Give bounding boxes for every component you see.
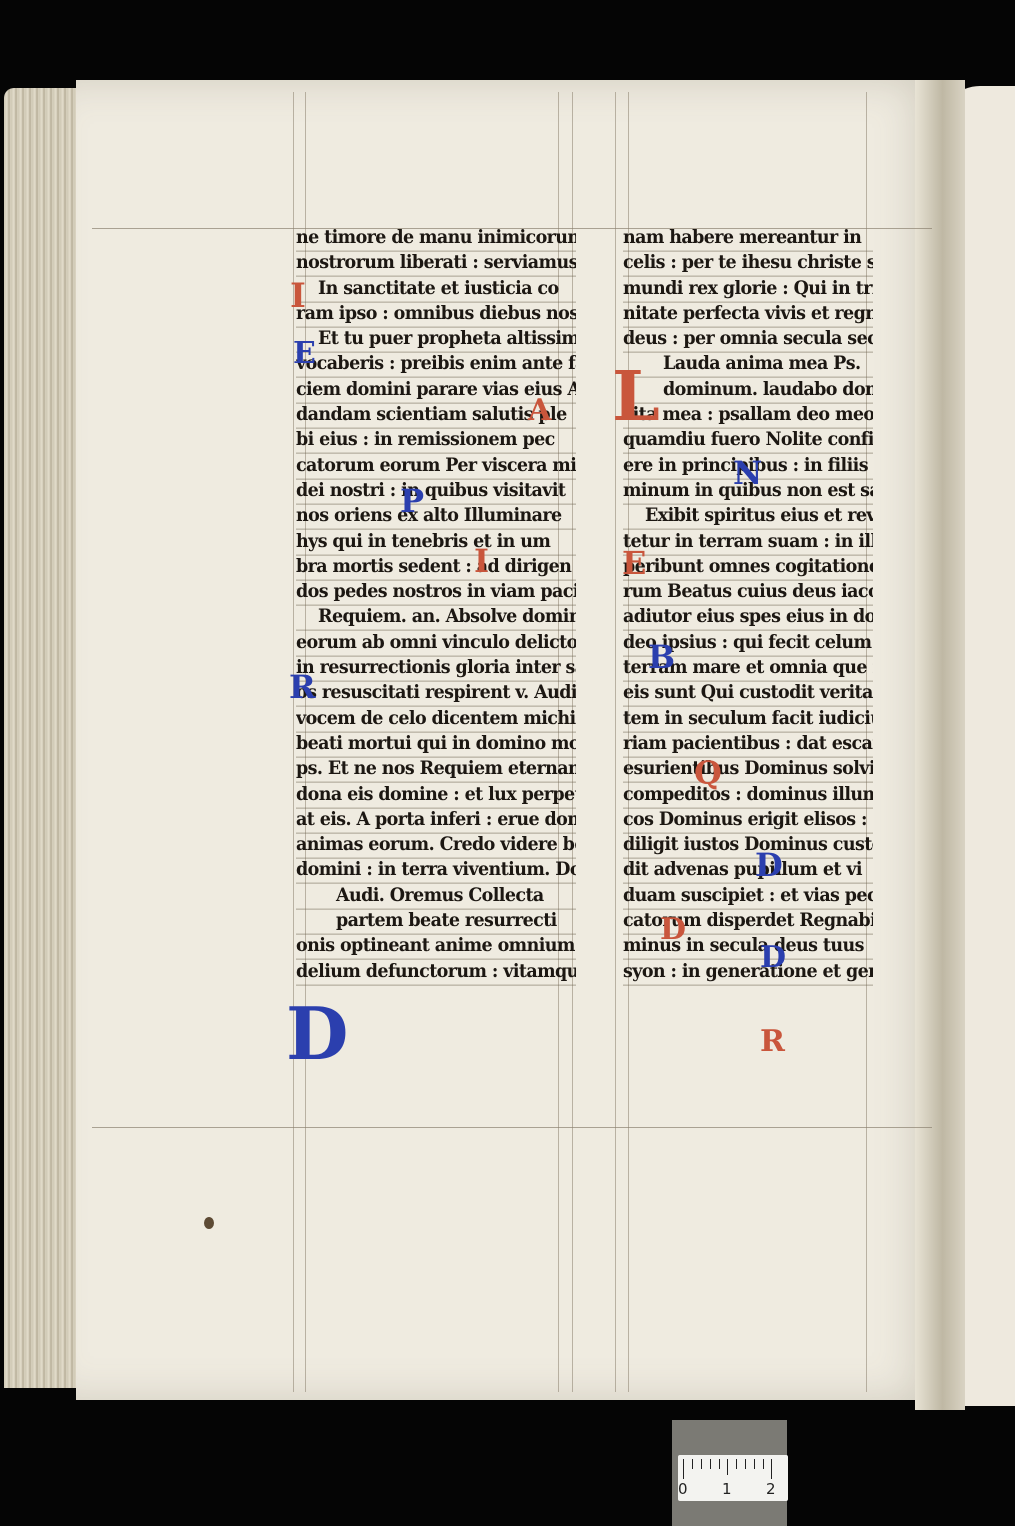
text-line: nam habere mereantur in xyxy=(623,225,873,252)
text-line: Et tu puer propheta altissimi xyxy=(296,327,576,354)
text-line: deus : per omnia secula seculorum. Amen. xyxy=(623,327,873,354)
text-line: vocaberis : preibis enim ante fa xyxy=(296,352,576,379)
tick xyxy=(745,1459,746,1469)
text-line: quamdiu fuero Nolite confid xyxy=(623,428,873,455)
text-line: dei nostri : in quibus visitavit xyxy=(296,478,576,505)
scale-label-1: 1 xyxy=(722,1480,732,1498)
scale-label-0: 0 xyxy=(678,1480,688,1498)
initial-I-red: I xyxy=(290,276,306,316)
initial-D-blue: D xyxy=(755,846,783,884)
tick xyxy=(692,1459,693,1469)
text-line: duam suscipiet : et vias pec xyxy=(623,883,873,910)
page-stack-edge xyxy=(4,88,78,1388)
text-line: Exibit spiritus eius et rever xyxy=(623,504,873,531)
text-line: riam pacientibus : dat escam xyxy=(623,731,873,758)
text-line: esurientibus Dominus solvit xyxy=(623,757,873,784)
text-line: dos pedes nostros in viam pacis xyxy=(296,580,576,607)
initial-E-blue: E xyxy=(293,336,316,371)
ruling-bottom xyxy=(92,1127,932,1128)
text-line: nostrorum liberati : serviamus illi xyxy=(296,251,576,278)
initial-B-blue: B xyxy=(648,638,675,676)
tick xyxy=(719,1459,720,1469)
text-line: dona eis domine : et lux perpetua luce xyxy=(296,782,576,809)
text-line: nos oriens ex alto Illuminare xyxy=(296,504,576,531)
initial-E-red: E xyxy=(622,544,646,582)
text-line: domini : in terra viventium. Domine ex xyxy=(296,858,576,885)
tick xyxy=(683,1459,684,1479)
text-line: tetur in terram suam : in illa die xyxy=(623,529,873,556)
left-text-column: ne timore de manu inimicorum nostrorum l… xyxy=(296,226,576,985)
text-line: diligit iustos Dominus custo xyxy=(623,832,873,859)
text-line: bi eius : in remissionem pec xyxy=(296,428,576,455)
text-line: at eis. A porta inferi : erue domine xyxy=(296,807,576,834)
text-line: Lauda anima mea Ps. xyxy=(623,352,873,379)
text-line: In sanctitate et iusticia co xyxy=(296,276,576,303)
ruling-right-col-left xyxy=(615,92,616,1392)
text-line: dit advenas pupillum et vi xyxy=(623,858,873,885)
text-line: celis : per te ihesu christe salvator xyxy=(623,251,873,278)
text-line: vita mea : psallam deo meo xyxy=(623,402,873,429)
text-line: ps. Et ne nos Requiem eternam xyxy=(296,757,576,784)
text-line: beati mortui qui in domino moriuntur xyxy=(296,731,576,758)
initial-I-red-2: I xyxy=(474,542,489,580)
ink-blot xyxy=(204,1217,214,1229)
text-line: onis optineant anime omnium fi xyxy=(296,934,576,961)
initial-D-blue-large: D xyxy=(286,998,348,1070)
initial-A-red: A xyxy=(528,393,551,428)
text-line: ne timore de manu inimicorum xyxy=(296,225,576,252)
right-text-column: nam habere mereantur in celis : per te i… xyxy=(623,226,873,985)
tick xyxy=(771,1459,772,1479)
text-line: delium defunctorum : vitamque et xyxy=(296,959,576,986)
initial-D-red: D xyxy=(660,912,686,947)
tick xyxy=(736,1459,737,1469)
text-line: cos Dominus erigit elisos : dominus xyxy=(623,807,873,834)
binding-gutter xyxy=(915,80,965,1410)
initial-N-blue: N xyxy=(733,454,762,492)
tick xyxy=(727,1459,728,1475)
text-line: bra mortis sedent : ad dirigen xyxy=(296,554,576,581)
initial-R-red: R xyxy=(760,1024,785,1059)
text-line: dominum. laudabo dominum in xyxy=(623,377,873,404)
text-line: compeditos : dominus illuminat ce xyxy=(623,782,873,809)
text-line: os resuscitati respirent v. Audivi xyxy=(296,681,576,708)
tick xyxy=(701,1459,702,1469)
text-line: rum Beatus cuius deus iacob xyxy=(623,580,873,607)
scale-label-2: 2 xyxy=(766,1480,776,1498)
initial-P-blue: P xyxy=(400,482,424,520)
text-line: Requiem. an. Absolve domine animas xyxy=(296,605,576,632)
tick xyxy=(754,1459,755,1469)
tick xyxy=(763,1459,764,1469)
text-line: ram ipso : omnibus diebus nostris xyxy=(296,301,576,328)
text-line: animas eorum. Credo videre bona xyxy=(296,832,576,859)
initial-D-blue-2: D xyxy=(760,940,786,975)
tick xyxy=(710,1459,711,1469)
initial-L-red-large: L xyxy=(612,362,660,432)
text-line: syon : in generatione et gene xyxy=(623,959,873,986)
manuscript-photo: ne timore de manu inimicorum nostrorum l… xyxy=(0,0,1015,1526)
text-line: in resurrectionis gloria inter sanctos t… xyxy=(296,655,576,682)
text-line: tem in seculum facit iudicium iniu xyxy=(623,706,873,733)
text-line: hys qui in tenebris et in um xyxy=(296,529,576,556)
initial-R-blue: R xyxy=(289,668,316,706)
text-line: adiutor eius spes eius in domino xyxy=(623,605,873,632)
text-line: Audi. Oremus Collecta xyxy=(296,883,576,910)
text-line: vocem de celo dicentem michi : scribe xyxy=(296,706,576,733)
text-line: peribunt omnes cogitationes eo xyxy=(623,554,873,581)
text-line: nitate perfecta vivis et regnas xyxy=(623,301,873,328)
text-line: mundi rex glorie : Qui in tri xyxy=(623,276,873,303)
text-line: catorum eorum Per viscera mise xyxy=(296,453,576,480)
initial-Q-red: Q xyxy=(694,754,722,792)
text-line: eis sunt Qui custodit verita xyxy=(623,681,873,708)
text-line: partem beate resurrecti xyxy=(296,908,576,935)
text-line: eorum ab omni vinculo delictorum ut xyxy=(296,630,576,657)
